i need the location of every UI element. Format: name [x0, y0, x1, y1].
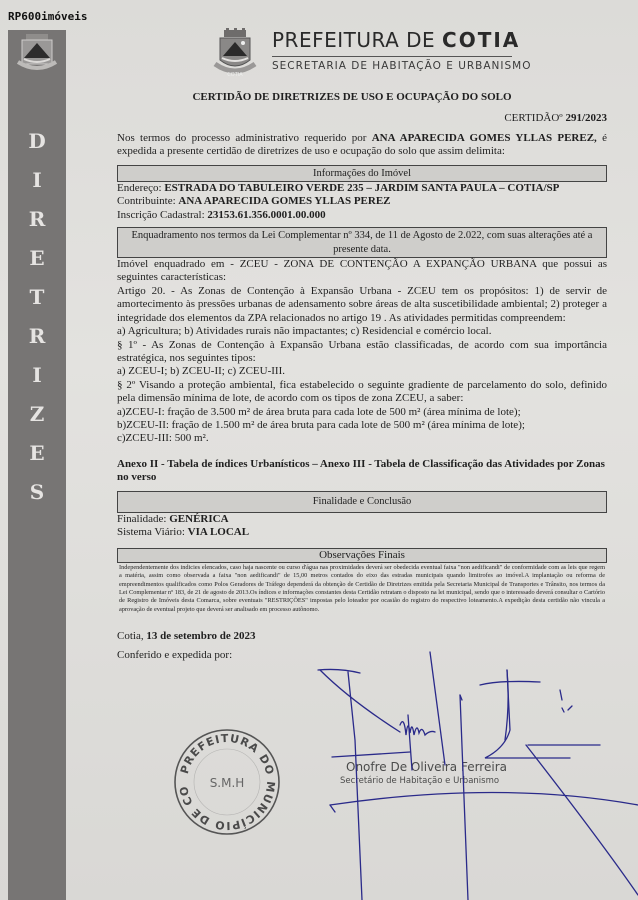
field-value: ESTRADA DO TABULEIRO VERDE 235 – JARDIM …	[164, 182, 559, 194]
field-value: VIA LOCAL	[188, 526, 249, 538]
field-row: Endereço: ESTRADA DO TABULEIRO VERDE 235…	[117, 182, 607, 195]
framework-paragraph: Artigo 20. - As Zonas de Contenção à Exp…	[117, 285, 607, 325]
document-body: CERTIDÃO DE DIRETRIZES DE USO E OCUPAÇÃO…	[117, 88, 607, 663]
observations-text: Independentemente dos indicies elencados…	[117, 563, 607, 614]
letterhead: COTIA PREFEITURA DE COTIA SECRETARIA DE …	[212, 28, 512, 83]
sidebar-letter: D	[28, 122, 45, 161]
svg-text:S.M.H: S.M.H	[210, 776, 245, 790]
sidebar-letter: Z	[30, 395, 45, 434]
sidebar-letter: S	[30, 473, 44, 512]
city-crest-icon	[14, 32, 60, 76]
watermark: RP600imóveis	[8, 10, 87, 23]
framework-paragraph: a) ZCEU-I; b) ZCEU-II; c) ZCEU-III.	[117, 365, 607, 378]
framework-paragraph: a)ZCEU-I: fração de 3.500 m² de área bru…	[117, 406, 607, 419]
field-label: Inscrição Cadastral:	[117, 209, 207, 221]
official-seal-stamp: PREFEITURA DO MUNICÍPIO DE COTIA S.M.H	[172, 727, 282, 837]
svg-text:COTIA: COTIA	[227, 72, 243, 78]
field-value: 23153.61.356.0001.00.000	[207, 209, 325, 221]
field-value: ANA APARECIDA GOMES YLLAS PEREZ	[178, 195, 390, 207]
field-label: Contribuinte:	[117, 195, 178, 207]
framework-paragraph: Imóvel enquadrado em - ZCEU - ZONA DE CO…	[117, 258, 607, 285]
section-header-property: Informações do Imóvel	[117, 165, 607, 182]
signer-name: Onofre De Oliveira Ferreira	[346, 760, 507, 774]
intro-paragraph: Nos termos do processo administrativo re…	[117, 132, 607, 159]
conclusion-fields: Finalidade: GENÉRICASistema Viário: VIA …	[117, 513, 607, 540]
property-fields: Endereço: ESTRADA DO TABULEIRO VERDE 235…	[117, 182, 607, 222]
document-title: CERTIDÃO DE DIRETRIZES DE USO E OCUPAÇÃO…	[97, 91, 607, 104]
issued-by-label: Conferido e expedida por:	[117, 649, 607, 662]
framework-paragraph: b)ZCEU-II: fração de 1.500 m² de área br…	[117, 419, 607, 432]
signer-block: Onofre De Oliveira Ferreira Secretário d…	[340, 760, 507, 786]
sidebar-letter: R	[29, 317, 46, 356]
annex-note: Anexo II - Tabela de índices Urbanístico…	[117, 458, 607, 485]
section-header-conclusion: Finalidade e Conclusão	[117, 491, 607, 513]
section-header-observations: Observações Finais	[117, 548, 607, 563]
framework-paragraph: c)ZCEU-III: 500 m².	[117, 432, 607, 445]
field-label: Endereço:	[117, 182, 164, 194]
issue-date: Cotia, 13 de setembro de 2023	[117, 630, 607, 643]
sidebar-letter: I	[32, 356, 41, 395]
field-row: Finalidade: GENÉRICA	[117, 513, 607, 526]
framework-paragraph: § 1º - As Zonas de Contenção à Expansão …	[117, 339, 607, 366]
signer-role: Secretário de Habitação e Urbanismo	[340, 776, 507, 786]
organization-title: PREFEITURA DE COTIA	[272, 28, 520, 52]
sidebar-banner: DIRETRIZES	[8, 30, 66, 900]
sidebar-letter: E	[29, 434, 44, 473]
field-row: Contribuinte: ANA APARECIDA GOMES YLLAS …	[117, 195, 607, 208]
framework-paragraphs: Imóvel enquadrado em - ZCEU - ZONA DE CO…	[117, 258, 607, 446]
organization-subtitle: SECRETARIA DE HABITAÇÃO E URBANISMO	[272, 60, 532, 72]
sidebar-vertical-text: DIRETRIZES	[8, 122, 66, 512]
sidebar-letter: I	[32, 161, 41, 200]
header-divider	[272, 56, 512, 57]
city-crest-icon: COTIA	[212, 28, 258, 80]
field-label: Finalidade:	[117, 513, 169, 525]
field-row: Sistema Viário: VIA LOCAL	[117, 526, 607, 539]
framework-paragraph: a) Agricultura; b) Atividades rurais não…	[117, 325, 607, 338]
field-row: Inscrição Cadastral: 23153.61.356.0001.0…	[117, 209, 607, 222]
field-label: Sistema Viário:	[117, 526, 188, 538]
certificate-number: CERTIDÃOº 291/2023	[117, 112, 607, 125]
sidebar-letter: T	[30, 278, 45, 317]
sidebar-letter: E	[29, 239, 44, 278]
field-value: GENÉRICA	[169, 513, 228, 525]
section-header-framework: Enquadramento nos termos da Lei Compleme…	[117, 227, 607, 258]
sidebar-letter: R	[29, 200, 46, 239]
framework-paragraph: § 2º Visando a proteção ambiental, fica …	[117, 379, 607, 406]
